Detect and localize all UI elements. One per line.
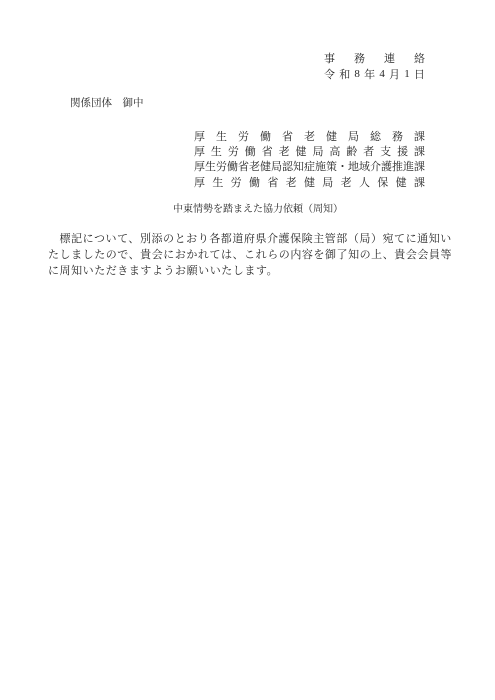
document-page: 事務連絡 令和8年4月1日 関係団体 御中 厚生労働省老健局総務課 厚生労働省老… (0, 0, 495, 700)
addressee: 関係団体 御中 (70, 97, 144, 110)
body-line: たしましたので、貴会におかれては、これらの内容を御了知の上、貴会会員等 (48, 247, 458, 263)
sender-block: 厚生労働省老健局総務課 厚生労働省老健局高齢者支援課 厚生労働省老健局認知症施策… (194, 128, 425, 189)
sender-line-koureisha-shienka: 厚生労働省老健局高齢者支援課 (194, 143, 425, 158)
doc-type-label: 事務連絡 (324, 50, 425, 66)
body-paragraph: 標記について、別添のとおり各都道府県介護保険主管部（局）宛てに通知い たしました… (48, 231, 458, 279)
document-header: 事務連絡 令和8年4月1日 (324, 50, 425, 82)
document-title: 中東情勢を踏まえた協力依頼（周知） (0, 203, 495, 217)
document-date: 令和8年4月1日 (324, 66, 425, 82)
sender-line-ninchisho-shisaku: 厚生労働省老健局認知症施策・地域介護推進課 (194, 159, 425, 174)
body-line: に周知いただきますようお願いいたします。 (48, 263, 458, 279)
sender-line-rojin-hokenka: 厚生労働省老健局老人保健課 (194, 174, 425, 189)
body-line: 標記について、別添のとおり各都道府県介護保険主管部（局）宛てに通知い (48, 231, 458, 247)
sender-line-somuka: 厚生労働省老健局総務課 (194, 128, 425, 143)
